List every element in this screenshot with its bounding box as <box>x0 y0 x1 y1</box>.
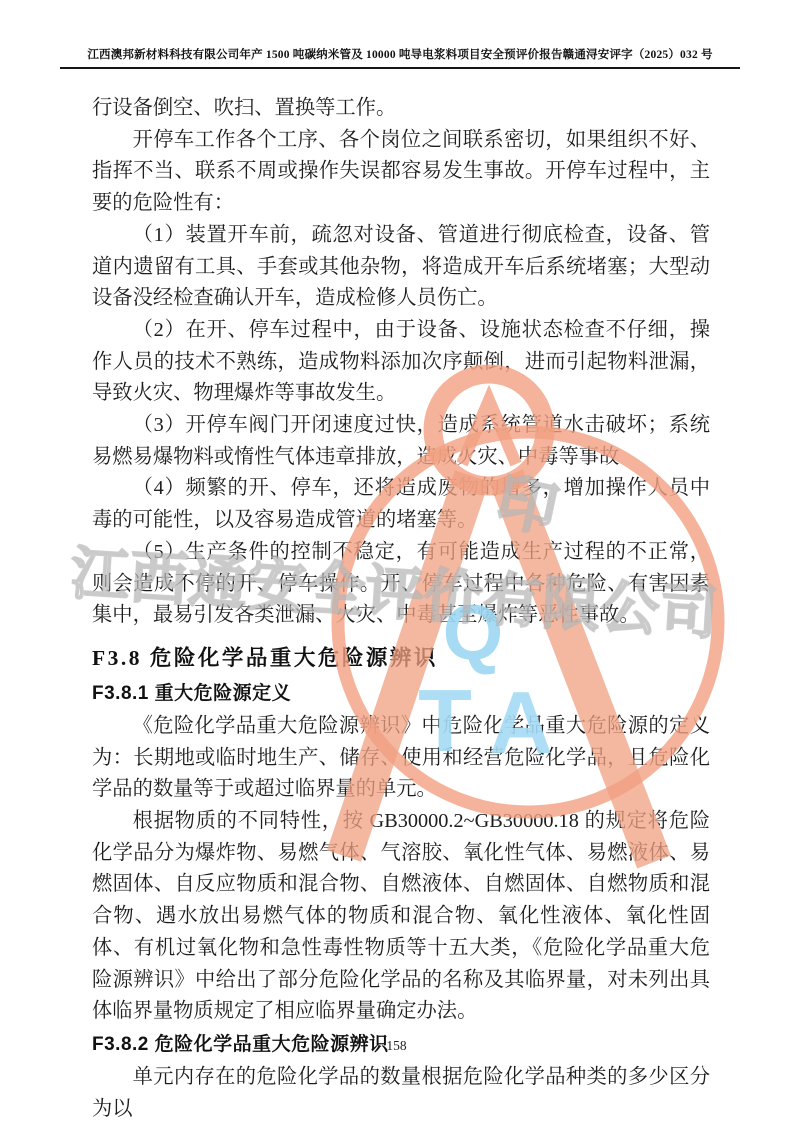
paragraph: 根据物质的不同特性，按 GB30000.2~GB30000.18 的规定将危险化… <box>92 806 710 1028</box>
paragraph: （1）装置开车前，疏忽对设备、管道进行彻底检查，设备、管道内遗留有工具、手套或其… <box>92 220 710 315</box>
paragraph: 开停车工作各个工序、各个岗位之间联系密切，如果组织不好、指挥不当、联系不周或操作… <box>92 125 710 220</box>
paragraph: 《危险化学品重大危险源辨识》中危险化学品重大危险源的定义为：长期地或临时地生产、… <box>92 711 710 806</box>
page-number: 158 <box>386 1038 406 1053</box>
paragraph: （2）在开、停车过程中，由于设备、设施状态检查不仔细，操作人员的技术不熟练，造成… <box>92 315 710 410</box>
section-heading: F3.8 危险化学品重大危险源辨识 <box>92 641 710 675</box>
page-header: 江西澳邦新材料科技有限公司年产 1500 吨碳纳米管及 10000 吨导电浆料项… <box>60 46 740 69</box>
header-title: 江西澳邦新材料科技有限公司年产 1500 吨碳纳米管及 10000 吨导电浆料项… <box>60 46 740 62</box>
subsection-heading: F3.8.1 重大危险源定义 <box>92 678 710 710</box>
paragraph: （4）频繁的开、停车，还将造成废物的增多，增加操作人员中毒的可能性，以及容易造成… <box>92 473 710 536</box>
page-footer: 158 <box>0 1038 793 1054</box>
paragraph: 单元内存在的危险化学品的数量根据危险化学品种类的多少区分为以 <box>92 1062 710 1122</box>
paragraph: （5）生产条件的控制不稳定，有可能造成生产过程的不正常，则会造成不停的开、停车操… <box>92 537 710 632</box>
paragraph: （3）开停车阀门开闭速度过快，造成系统管道水击破坏；系统易燃易爆物料或惰性气体违… <box>92 410 710 473</box>
paragraph: 行设备倒空、吹扫、置换等工作。 <box>92 93 710 125</box>
document-page: 江西澳邦新材料科技有限公司年产 1500 吨碳纳米管及 10000 吨导电浆料项… <box>0 0 793 1122</box>
document-body: 行设备倒空、吹扫、置换等工作。开停车工作各个工序、各个岗位之间联系密切，如果组织… <box>92 93 710 1122</box>
